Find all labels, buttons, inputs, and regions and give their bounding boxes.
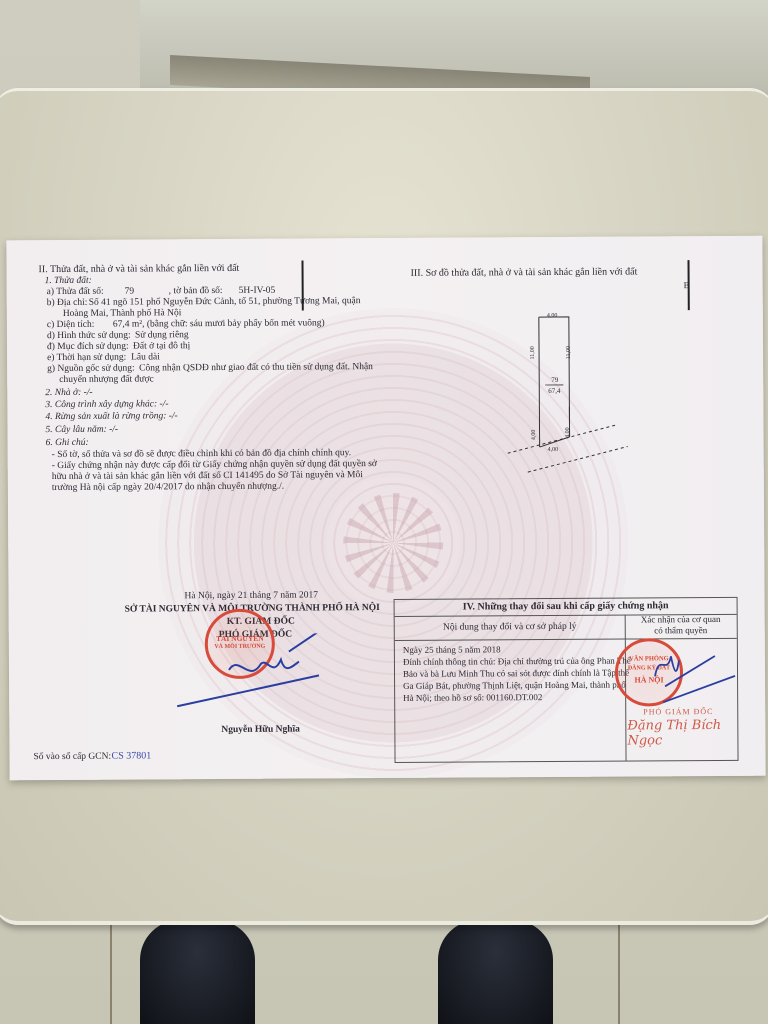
parcel-number: 79 (125, 287, 135, 299)
left-shoe (140, 920, 255, 1024)
perennial-item: 5. Cây lâu năm: -/- (45, 425, 118, 437)
parcel-diagram (507, 306, 658, 497)
change-entry: Ngày 25 tháng 5 năm 2018 Đính chính thôn… (403, 643, 631, 704)
dim-top: 4,00 (547, 311, 558, 323)
parcel-label-bottom: 67,4 (548, 386, 560, 398)
dim-left-upper: 11,00 (528, 346, 540, 359)
col-header-confirm-line1: Xác nhận của cơ quan (625, 614, 737, 626)
col-header-confirm-line2: có thẩm quyền (625, 625, 737, 637)
north-arrow-icon (301, 260, 303, 310)
right-signer-position: PHÓ GIÁM ĐỐC (643, 706, 713, 718)
origin-line1: Công nhận QSDĐ như giao đất có thu tiền … (139, 362, 373, 375)
registry-label: Số vào sổ cấp GCN: (33, 752, 111, 764)
entry-line4: Ga Giáp Bát, phường Thịnh Liệt, quận Hoà… (403, 679, 631, 692)
col-header-content: Nội dung thay đổi và cơ sở pháp lý (395, 615, 626, 641)
section-ii-title: II. Thửa đất, nhà ở và tài sản khác gắn … (39, 263, 240, 276)
dim-left-lower: 4,00 (529, 430, 541, 441)
right-shoe (438, 920, 553, 1024)
address-label: b) Địa chỉ: (47, 298, 88, 310)
parcel-label-top: 79 (551, 375, 558, 387)
drum-star-watermark (343, 493, 444, 594)
purpose-value: Đất ở tại đô thị (133, 341, 190, 353)
right-signer-name: Đặng Thị Bích Ngọc (627, 718, 737, 749)
house-item: 2. Nhà ở: -/- (45, 388, 92, 400)
north-arrow-icon (687, 260, 689, 310)
origin-line2: chuyển nhượng đất được (59, 374, 154, 386)
land-heading: 1. Thửa đất: (45, 276, 92, 288)
term-value: Lâu dài (131, 352, 160, 364)
floor-tile-seam (618, 910, 620, 1024)
other-works-item: 3. Công trình xây dựng khác: -/- (45, 399, 168, 411)
dim-right-upper: 11,00 (564, 346, 576, 359)
dim-right-lower: 4,00 (563, 427, 575, 438)
area-label: c) Diện tích: (47, 320, 95, 332)
date-line: Hà Nội, ngày 21 tháng 7 năm 2017 (185, 590, 319, 602)
land-use-certificate: II. Thửa đất, nhà ở và tài sản khác gắn … (6, 236, 765, 781)
dim-bottom: 4,00 (548, 445, 559, 457)
registry-value: CS 37801 (111, 750, 151, 762)
forest-item: 4. Rừng sản xuất là rừng trồng: -/- (45, 411, 177, 423)
changes-table: IV. Những thay đổi sau khi cấp giấy chứn… (394, 597, 739, 763)
col-header-confirm: Xác nhận của cơ quan có thẩm quyền (625, 614, 737, 640)
map-sheet: 5H-IV-05 (239, 286, 276, 298)
notes-heading: 6. Ghi chú: (46, 438, 89, 450)
area-value: 67,4 m², (bằng chữ: sáu mươi bảy phẩy bố… (113, 318, 325, 331)
address-line1: Số 41 ngõ 151 phố Nguyễn Đức Cảnh, tổ 51… (89, 296, 361, 309)
note-line4: trường Hà nội cấp ngày 20/4/2017 do nhận… (52, 482, 284, 495)
signer-name: Nguyễn Hữu Nghĩa (221, 725, 300, 737)
floor-tile-seam (110, 910, 112, 1024)
signature-right (645, 646, 737, 707)
section-iii-title: III. Sơ đồ thửa đất, nhà ở và tài sản kh… (411, 266, 638, 279)
entry-line5: Hà Nội; theo hồ sơ số: 001160.DT.002 (403, 691, 631, 704)
signature-left (169, 633, 359, 714)
